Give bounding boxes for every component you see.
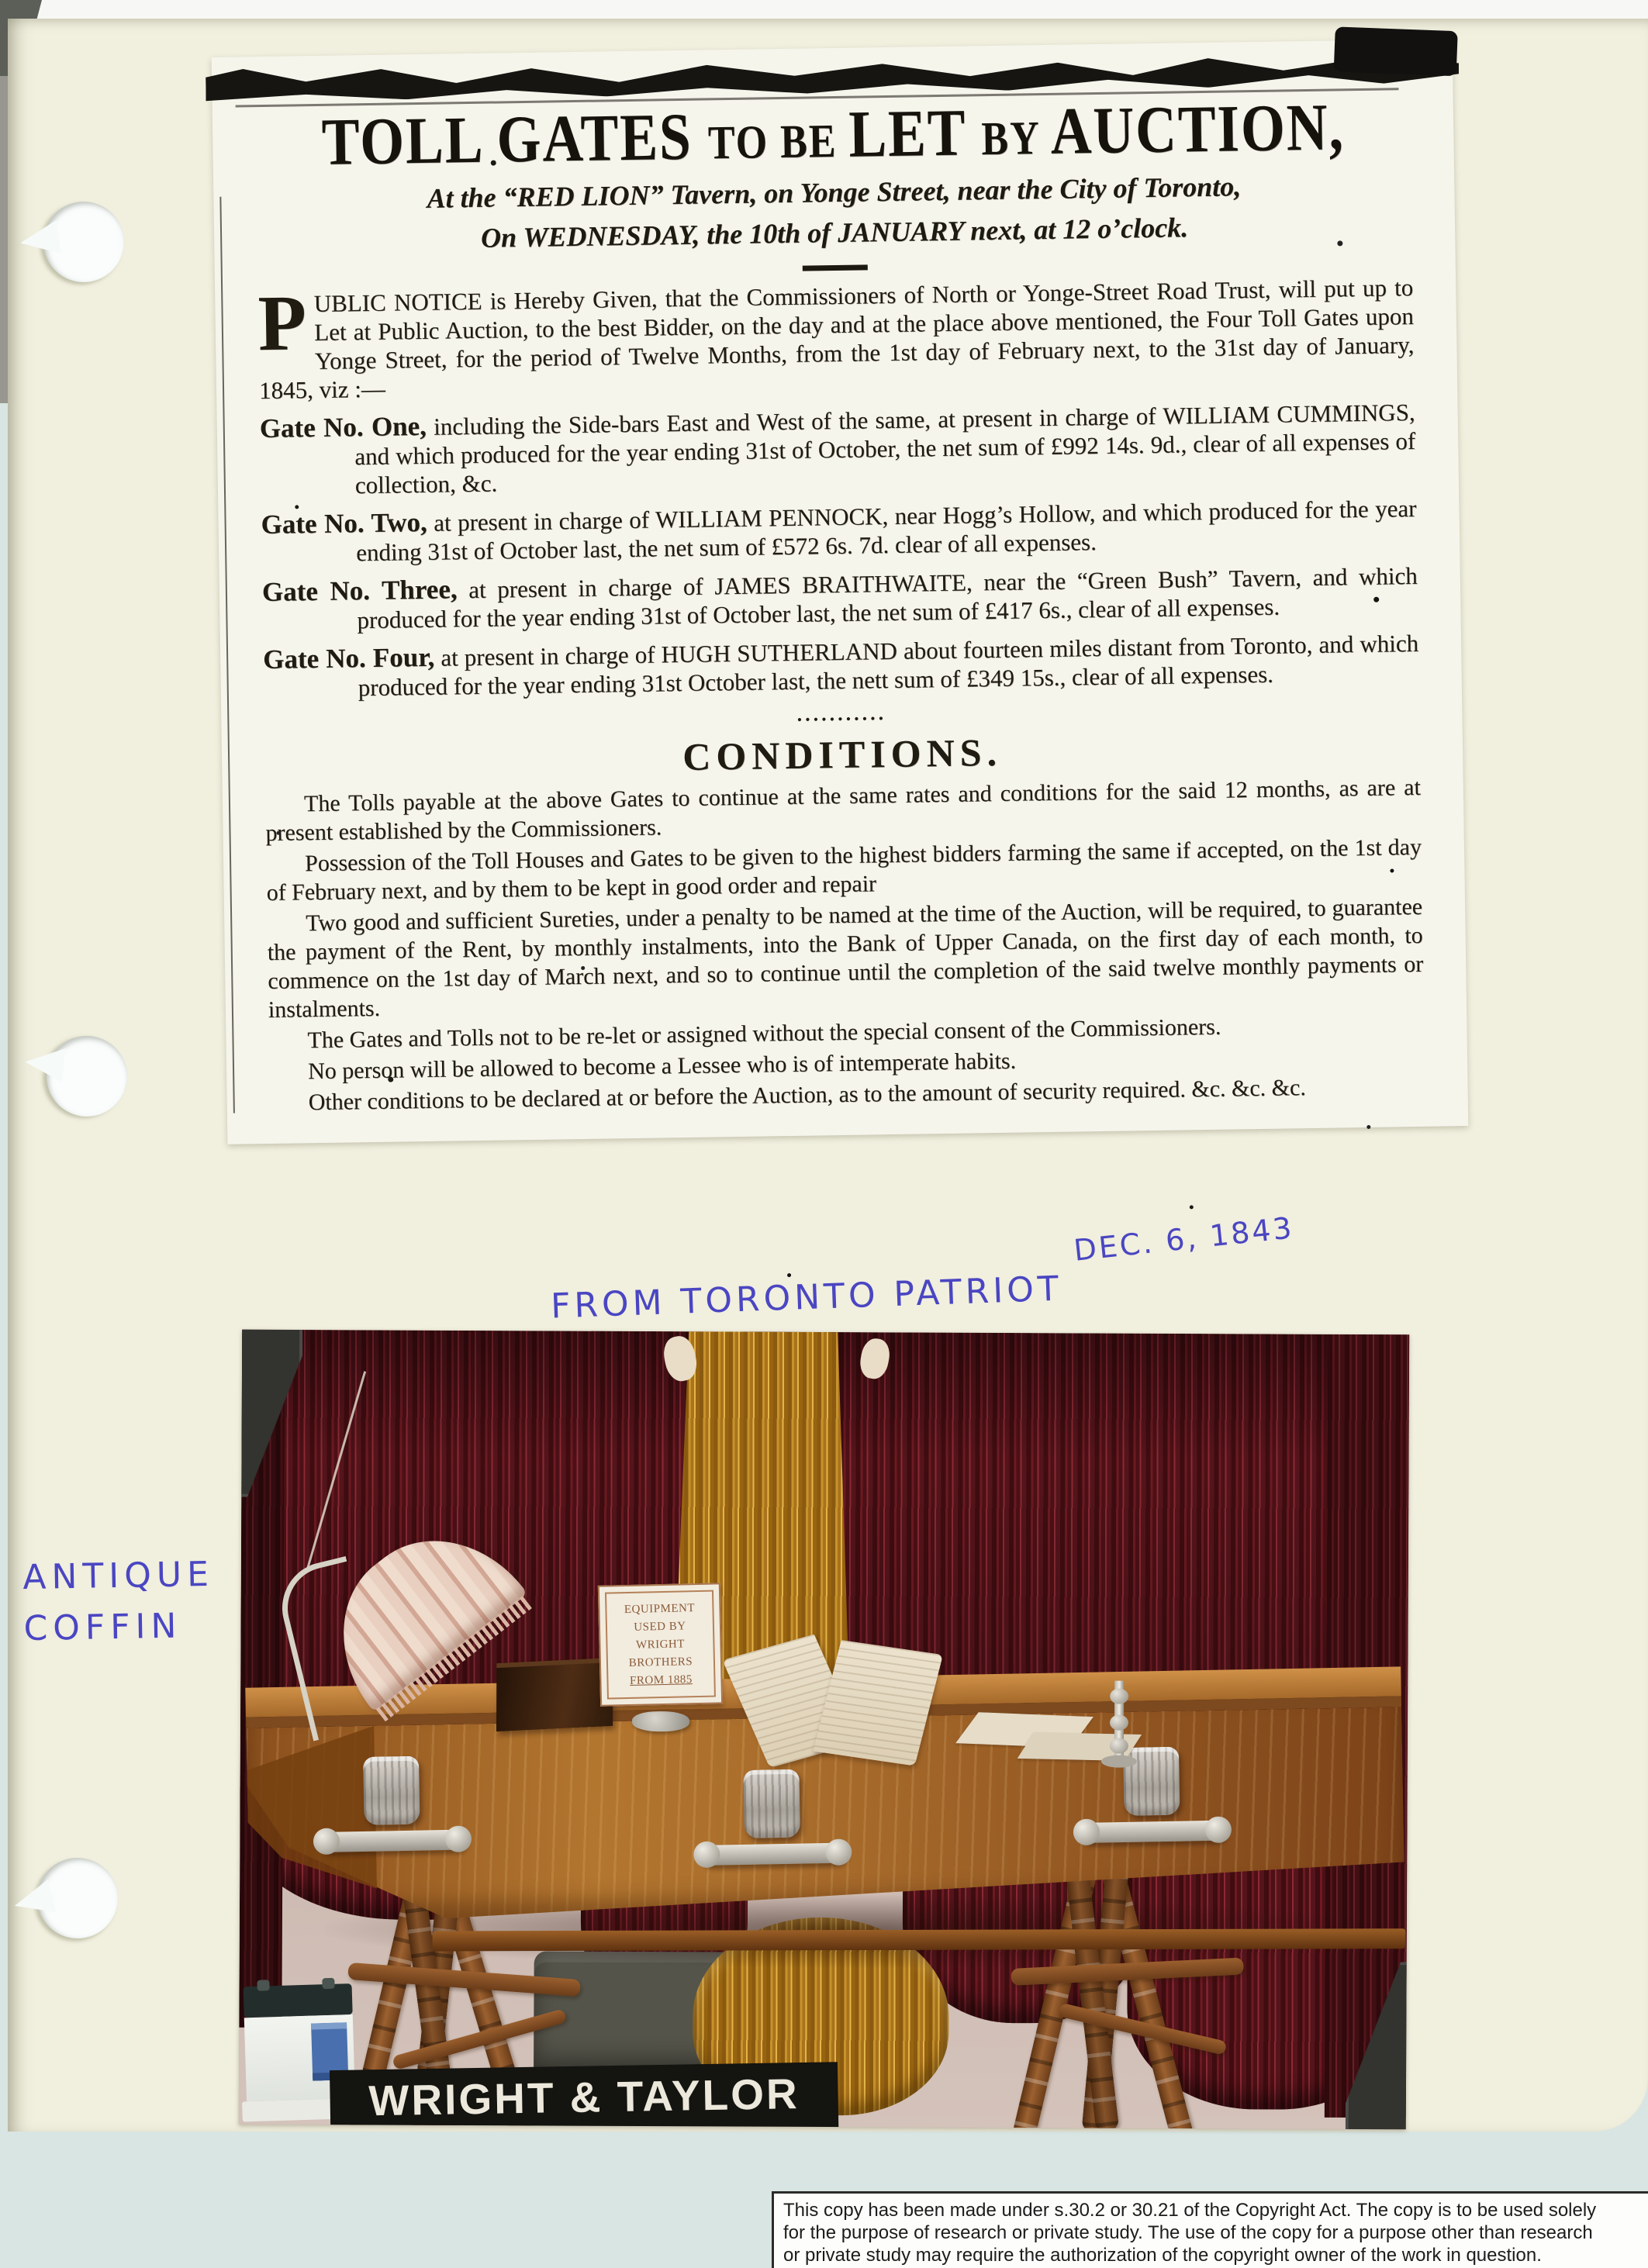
coffin-handle [363, 1756, 420, 1825]
gate-text: at present in charge of HUGH SUTHERLAND … [358, 630, 1419, 701]
copyright-line1: This copy has been made under s.30.2 or … [783, 2199, 1640, 2221]
card-line2: WRIGHT BROTHERS [607, 1635, 713, 1673]
candlestick-knob [1110, 1715, 1128, 1731]
wright-taylor-sign: WRIGHT & TAYLOR RICHMOND [330, 2062, 839, 2129]
coffin-molding [432, 1928, 1405, 1951]
notice-text: UBLIC NOTICE is Hereby Given, that the C… [259, 274, 1415, 404]
display-card: EQUIPMENT USED BY WRIGHT BROTHERS FROM 1… [598, 1583, 723, 1706]
handle-backplate [743, 1769, 800, 1838]
album-page: TOLL GATES TO BE LET BY AUCTION, At the … [8, 19, 1648, 2132]
gate-one-paragraph: Gate No. One, including the Side-bars Ea… [260, 397, 1416, 501]
copyright-notice: This copy has been made under s.30.2 or … [772, 2191, 1648, 2268]
punch-hole-top [43, 202, 124, 282]
clipping-headline: TOLL GATES TO BE LET BY AUCTION, [255, 92, 1411, 176]
clipping-divider [803, 265, 868, 271]
handwritten-photo-label: ANTIQUE COFFIN [22, 1549, 216, 1655]
public-notice-paragraph: PUBLIC NOTICE is Hereby Given, that the … [257, 273, 1415, 405]
gate-text: at present in charge of JAMES BRAITHWAIT… [357, 562, 1418, 633]
candlestick-knob [1110, 1738, 1128, 1754]
handwritten-date-note: DEC. 6, 1843 [1072, 1210, 1295, 1268]
punch-hole-middle [38, 1027, 136, 1125]
copyright-line3: or private study may require the authori… [783, 2244, 1640, 2266]
candlestick-knob [1110, 1689, 1128, 1704]
ink-speckles [212, 57, 214, 60]
clipping-subtitle-line2: On WEDNESDAY, the 10th of JANUARY next, … [257, 209, 1412, 257]
handwritten-source-note: FROM TORONTO PATRIOT [550, 1269, 1062, 1326]
handle-bar [700, 1843, 845, 1866]
gate-text: including the Side-bars East and West of… [354, 399, 1415, 499]
drop-cap: P [257, 289, 315, 355]
headline-part: TO BE [707, 116, 849, 170]
silver-trinket [632, 1711, 689, 1731]
display-card-text: EQUIPMENT USED BY WRIGHT BROTHERS FROM 1… [605, 1590, 716, 1700]
headline-part: LET [848, 95, 982, 171]
wooden-box [496, 1658, 613, 1731]
battery-top [244, 1983, 353, 2018]
headline-part: AUCTION, [1050, 90, 1345, 168]
candlestick [1100, 1681, 1139, 1774]
handle-bar [320, 1830, 465, 1852]
coffin-photo: EQUIPMENT USED BY WRIGHT BROTHERS FROM 1… [239, 1330, 1409, 2130]
gate-two-paragraph: Gate No. Two, at present in charge of WI… [261, 493, 1417, 568]
headline-part: TOLL GATES [321, 99, 708, 179]
headline-part: BY [981, 112, 1051, 166]
handle-bar [1080, 1821, 1225, 1843]
handle-backplate [363, 1756, 420, 1825]
coffin-handle [743, 1769, 800, 1838]
clipping-ink-blob [1334, 26, 1458, 76]
photo-label-line2: COFFIN [23, 1600, 216, 1655]
card-line3: FROM 1885 [630, 1671, 693, 1690]
punch-hole-bottom [33, 1854, 122, 1942]
gate-four-paragraph: Gate No. Four, at present in charge of H… [263, 628, 1419, 703]
card-line1: EQUIPMENT USED BY [606, 1599, 713, 1637]
photo-label-line1: ANTIQUE [22, 1549, 215, 1603]
candlestick-base [1101, 1755, 1137, 1768]
newspaper-clipping: TOLL GATES TO BE LET BY AUCTION, At the … [212, 39, 1469, 1144]
gate-lead: Gate No. Four, [263, 642, 435, 675]
scanner-top-strip [0, 0, 1648, 20]
gate-lead: Gate No. One, [260, 411, 427, 444]
gate-lead: Gate No. Two, [261, 507, 427, 540]
sign-line1: WRIGHT & TAYLOR [330, 2068, 838, 2126]
gate-three-paragraph: Gate No. Three, at present in charge of … [262, 561, 1418, 636]
gate-text: at present in charge of WILLIAM PENNOCK,… [356, 495, 1417, 566]
condition-paragraph: Two good and sufficient Sureties, under … [267, 892, 1424, 1024]
gate-lead: Gate No. Three, [262, 575, 458, 608]
copyright-line2: for the purpose of research or private s… [783, 2221, 1640, 2244]
